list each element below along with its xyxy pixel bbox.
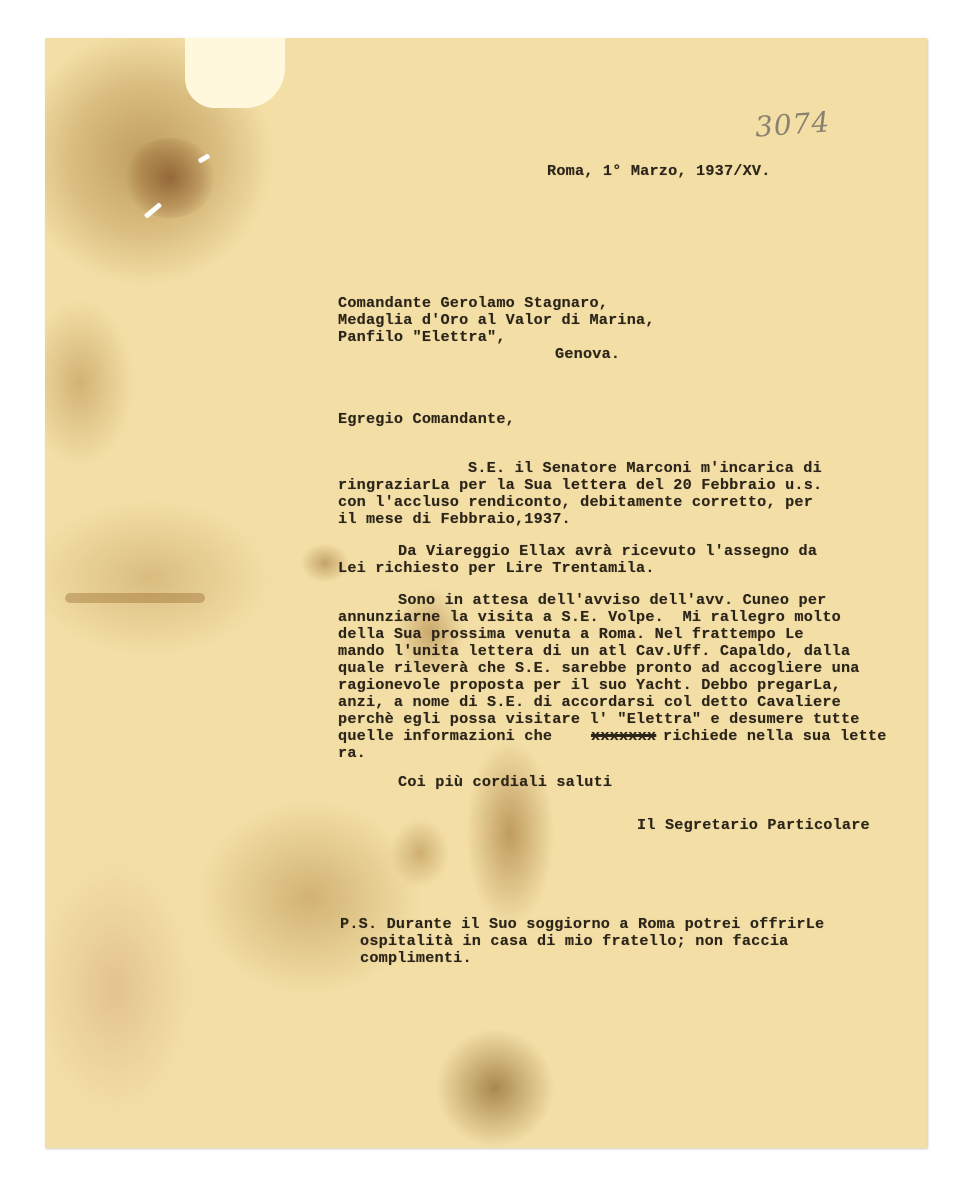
paragraph-3-line: quelle informazioni che (338, 728, 552, 745)
paragraph-3-line: quale rileverà che S.E. sarebbe pronto a… (338, 660, 860, 677)
torn-corner (185, 38, 285, 108)
paragraph-3-line: annunziarne la visita a S.E. Volpe. Mi r… (338, 609, 841, 626)
salutation: Egregio Comandante, (338, 411, 515, 428)
stain-text-area (465, 738, 555, 928)
stain-pinkish-left (45, 858, 195, 1118)
paragraph-3-line: richiede nella sua lette (663, 728, 887, 745)
stain-streak (65, 593, 205, 603)
recipient-line: Medaglia d'Oro al Valor di Marina, (338, 312, 655, 329)
paragraph-1-line: ringraziarLa per la Sua lettera del 20 F… (338, 477, 822, 494)
paragraph-3-line: della Sua prossima venuta a Roma. Nel fr… (338, 626, 804, 643)
paragraph-3-line: Sono in attesa dell'avviso dell'avv. Cun… (398, 592, 826, 609)
paragraph-2-line: Lei richiesto per Lire Trentamila. (338, 560, 655, 577)
paragraph-3-line: perchè egli possa visitare l' "Elettra" … (338, 711, 860, 728)
paragraph-1-line: con l'accluso rendiconto, debitamente co… (338, 494, 813, 511)
struck-out-word: xxxxxxx (591, 728, 656, 745)
recipient-line: Genova. (555, 346, 620, 363)
paragraph-3-line: ragionevole proposta per il suo Yacht. D… (338, 677, 841, 694)
paragraph-1-line: S.E. il Senatore Marconi m'incarica di (468, 460, 822, 477)
stain-rust-hole (125, 138, 215, 218)
postscript-line: complimenti. (360, 950, 472, 967)
stain-left-mid (45, 498, 275, 658)
recipient-line: Comandante Gerolamo Stagnaro, (338, 295, 608, 312)
paragraph-1-line: il mese di Febbraio,1937. (338, 511, 571, 528)
recipient-line: Panfilo "Elettra", (338, 329, 506, 346)
staple-mark (198, 153, 211, 163)
letter-page: 3074 Roma, 1° Marzo, 1937/XV. Comandante… (45, 38, 927, 1148)
archive-number: 3074 (754, 105, 831, 143)
paragraph-3-line: ra. (338, 745, 366, 762)
signature-title: Il Segretario Particolare (637, 817, 870, 834)
stain-left-edge (45, 298, 135, 468)
paragraph-3-line: mando l'unita lettera di un atl Cav.Uff.… (338, 643, 850, 660)
date-line: Roma, 1° Marzo, 1937/XV. (547, 163, 771, 180)
stain-small (390, 818, 450, 888)
stain-bottom-drip (435, 1028, 555, 1148)
postscript-line: ospitalità in casa di mio fratello; non … (360, 933, 788, 950)
closing: Coi più cordiali saluti (398, 774, 612, 791)
postscript-line: P.S. Durante il Suo soggiorno a Roma pot… (340, 916, 824, 933)
paragraph-3-line: anzi, a nome di S.E. di accordarsi col d… (338, 694, 841, 711)
stain-bottom-center (195, 798, 425, 998)
staple-mark (144, 202, 163, 219)
paragraph-2-line: Da Viareggio Ellax avrà ricevuto l'asseg… (398, 543, 817, 560)
